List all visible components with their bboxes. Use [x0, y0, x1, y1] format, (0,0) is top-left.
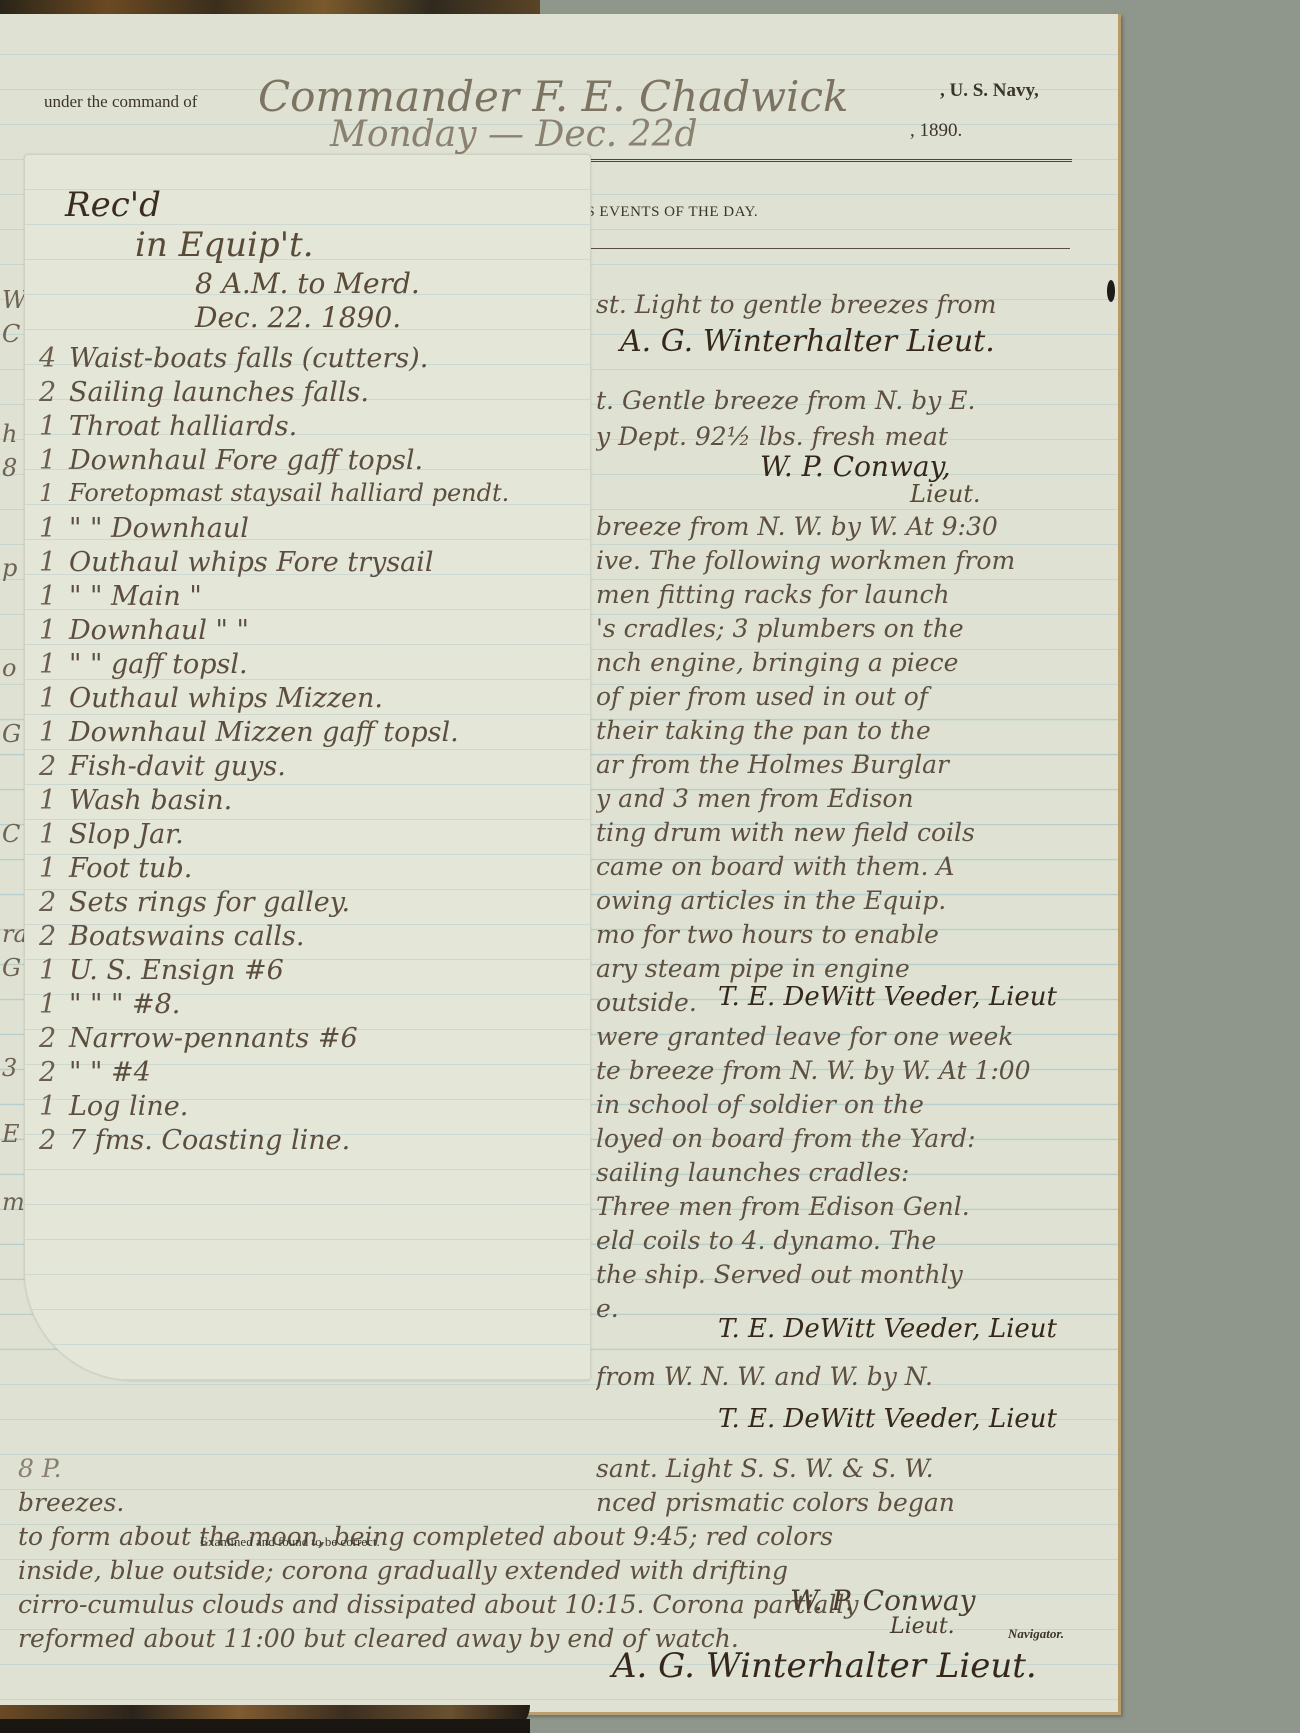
watch-line-left: breezes. — [18, 1488, 124, 1517]
log-entry-line: were granted leave for one week — [596, 1022, 1116, 1051]
log-entry-line: owing articles in the Equip. — [596, 886, 1116, 915]
list-item: 1Downhaul Fore gaff topsl. — [39, 445, 423, 476]
list-item: 2Narrow-pennants #6 — [39, 1023, 358, 1054]
log-entry-line: in school of soldier on the — [596, 1090, 1116, 1119]
slip-title-equipment: in Equip't. — [135, 225, 314, 265]
log-entry-line: mo for two hours to enable — [596, 920, 1116, 949]
signature-conway-2-rank: Lieut. — [890, 1614, 955, 1639]
log-entry-line: Three men from Edison Genl. — [596, 1192, 1116, 1221]
log-entry-line: sailing launches cradles: — [596, 1158, 1116, 1187]
log-entry-line: ary steam pipe in engine — [596, 954, 1116, 983]
log-entry-line: loyed on board from the Yard: — [596, 1124, 1116, 1153]
watch-line: inside, blue outside; corona gradually e… — [18, 1556, 788, 1585]
log-book-page: under the command of Commander F. E. Cha… — [0, 14, 1121, 1715]
list-item: 1Log line. — [39, 1091, 188, 1122]
list-item: 1" " Main " — [39, 581, 202, 612]
signature-conway-1: W. P. Conway, — [760, 450, 951, 483]
log-entry-line: came on board with them. A — [596, 852, 1116, 881]
log-entry-line: breeze from N. W. by W. At 9:30 — [596, 512, 1116, 541]
list-item: 1Foot tub. — [39, 853, 192, 884]
margin-letter: m — [2, 1188, 24, 1216]
margin-letter: G — [2, 720, 24, 748]
margin-letter: 8 — [2, 454, 24, 482]
list-item: 1" " Downhaul — [39, 513, 249, 544]
signature-veeder-1: T. E. DeWitt Veeder, Lieut — [718, 982, 1057, 1012]
list-item: 1Downhaul " " — [39, 615, 249, 646]
signature-veeder-2: T. E. DeWitt Veeder, Lieut — [718, 1314, 1057, 1344]
header-double-rule — [575, 159, 1072, 162]
log-entry-line: y Dept. 92½ lbs. fresh meat — [596, 422, 1116, 451]
list-item: 27 fms. Coasting line. — [39, 1125, 350, 1156]
margin-letter: E — [2, 1120, 24, 1148]
slip-title-received: Rec'd — [65, 185, 161, 225]
margin-letter: 3 — [2, 1054, 24, 1082]
watch-line: to form about the moon, being completed … — [18, 1522, 833, 1551]
margin-letter: C — [2, 820, 24, 848]
log-entry-line: nch engine, bringing a piece — [596, 648, 1116, 677]
margin-letter: o — [2, 654, 24, 682]
margin-letter: h — [2, 420, 24, 448]
list-item: 1Slop Jar. — [39, 819, 184, 850]
date-handwritten: Monday — Dec. 22d — [330, 114, 698, 155]
margin-letter: p — [2, 554, 24, 582]
log-entry-line: from W. N. W. and W. by N. — [596, 1362, 1116, 1391]
log-entry-line: ive. The following workmen from — [596, 546, 1116, 575]
year-suffix: , 1890. — [910, 120, 962, 142]
signature-conway-1-rank: Lieut. — [910, 480, 981, 508]
list-item: 1Outhaul whips Fore trysail — [39, 547, 434, 578]
signature-winterhalter-2: A. G. Winterhalter Lieut. — [612, 1646, 1037, 1686]
log-entry-line: y and 3 men from Edison — [596, 784, 1116, 813]
log-entry-line: eld coils to 4. dynamo. The — [596, 1226, 1116, 1255]
list-item: 1Throat halliards. — [39, 411, 297, 442]
watch-line-right: nced prismatic colors began — [596, 1488, 1116, 1517]
section-rule — [575, 248, 1070, 249]
log-entry-line: te breeze from N. W. by W. At 1:00 — [596, 1056, 1116, 1085]
watch-line-left: 8 P. — [18, 1454, 62, 1483]
log-entry-line: their taking the pan to the — [596, 716, 1116, 745]
margin-letter: C — [2, 320, 24, 348]
navy-suffix: , U. S. Navy, — [940, 80, 1039, 102]
log-entry-line: ting drum with new field coils — [596, 818, 1116, 847]
list-item: 2Sailing launches falls. — [39, 377, 369, 408]
section-heading: US EVENTS OF THE DAY. — [575, 204, 758, 221]
watch-line: cirro-cumulus clouds and dissipated abou… — [18, 1590, 858, 1619]
list-item: 2" " #4 — [39, 1057, 151, 1088]
equipment-received-slip: Rec'd in Equip't. 8 A.M. to Merd. Dec. 2… — [24, 154, 591, 1381]
log-entry-line: 's cradles; 3 plumbers on the — [596, 614, 1116, 643]
examined-label: Examined and found to be correct. — [200, 1534, 380, 1550]
list-item: 1Outhaul whips Mizzen. — [39, 683, 383, 714]
cover-shadow — [0, 1719, 530, 1733]
list-item: 1" " " #8. — [39, 989, 180, 1020]
log-entry-line: of pier from used in out of — [596, 682, 1116, 711]
list-item: 4Waist-boats falls (cutters). — [39, 343, 428, 374]
list-item: 2Fish-davit guys. — [39, 751, 286, 782]
log-entry-line: st. Light to gentle breezes from — [596, 290, 1116, 319]
log-entry-line: ar from the Holmes Burglar — [596, 750, 1116, 779]
log-entry-line: the ship. Served out monthly — [596, 1260, 1116, 1289]
signature-conway-2: W. P. Conway — [790, 1584, 975, 1617]
list-item: 1U. S. Ensign #6 — [39, 955, 284, 986]
signature-winterhalter-1: A. G. Winterhalter Lieut. — [620, 324, 995, 359]
book-cover-bottom-edge — [0, 1705, 530, 1733]
list-item: 1" " gaff topsl. — [39, 649, 248, 680]
navigator-label: Navigator. — [1008, 1626, 1064, 1642]
slip-title-date: Dec. 22. 1890. — [195, 301, 401, 334]
signature-veeder-3: T. E. DeWitt Veeder, Lieut — [718, 1404, 1057, 1434]
list-item: 1Foretopmast staysail halliard pendt. — [39, 479, 509, 507]
list-item: 1Wash basin. — [39, 785, 232, 816]
margin-letter: G — [2, 954, 24, 982]
margin-letter: ra — [2, 920, 24, 948]
slip-title-time: 8 A.M. to Merd. — [195, 267, 420, 300]
log-entry-line: t. Gentle breeze from N. by E. — [596, 386, 1116, 415]
watch-line-right: sant. Light S. S. W. & S. W. — [596, 1454, 1116, 1483]
log-entry-line: outside. — [596, 988, 716, 1017]
list-item: 2Boatswains calls. — [39, 921, 305, 952]
log-entry-line: men fitting racks for launch — [596, 580, 1116, 609]
list-item: 1Downhaul Mizzen gaff topsl. — [39, 717, 459, 748]
list-item: 2Sets rings for galley. — [39, 887, 350, 918]
command-prefix: under the command of — [44, 92, 197, 112]
margin-letter: W — [2, 286, 24, 314]
